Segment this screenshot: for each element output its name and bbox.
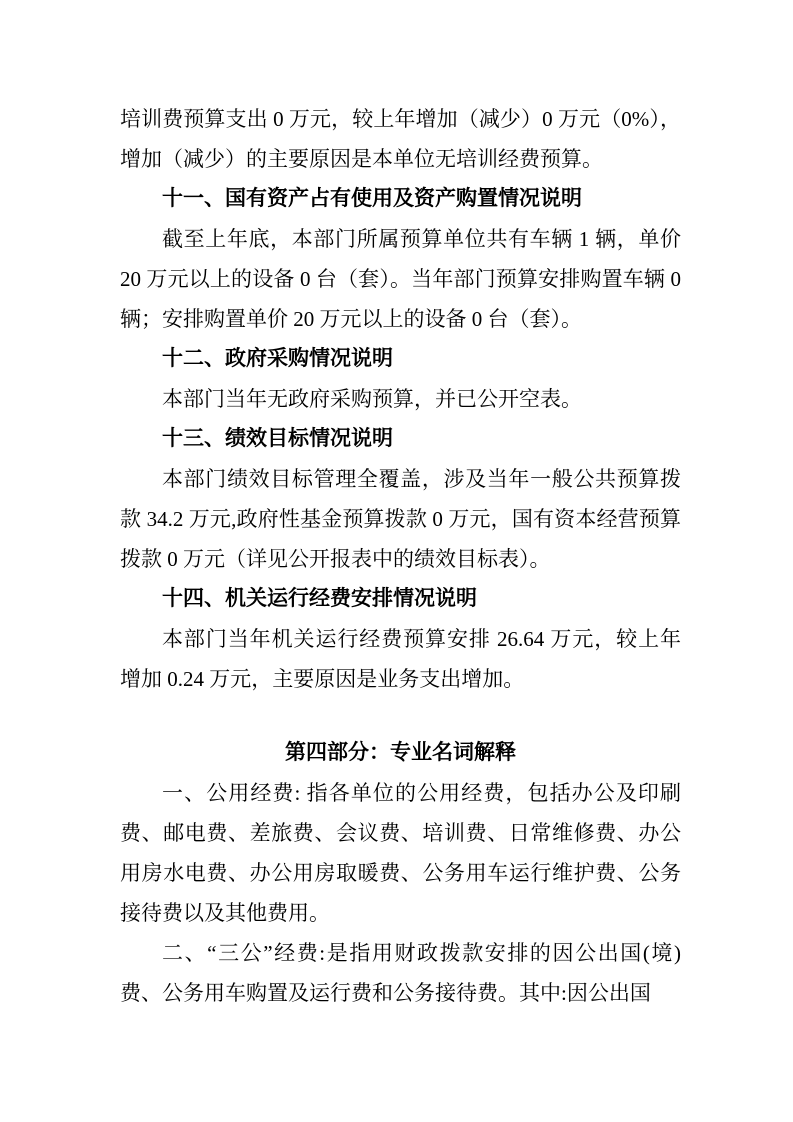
heading-13-performance-targets: 十三、绩效目标情况说明 (120, 419, 681, 459)
paragraph-government-procurement: 本部门当年无政府采购预算，并已公开空表。 (120, 379, 681, 419)
paragraph-term-public-funds: 一、公用经费: 指各单位的公用经费，包括办公及印刷费、邮电费、差旅费、会议费、培… (120, 773, 681, 933)
paragraph-operating-expenses: 本部门当年机关运行经费预算安排 26.64 万元，较上年增加 0.24 万元，主… (120, 619, 681, 699)
document-content: 培训费预算支出 0 万元，较上年增加（减少）0 万元（0%），增加（减少）的主要… (120, 99, 681, 1013)
document-page: 培训费预算支出 0 万元，较上年增加（减少）0 万元（0%），增加（减少）的主要… (0, 0, 793, 1122)
paragraph-performance-targets: 本部门绩效目标管理全覆盖，涉及当年一般公共预算拨款 34.2 万元,政府性基金预… (120, 459, 681, 579)
heading-12-government-procurement: 十二、政府采购情况说明 (120, 339, 681, 379)
paragraph-state-assets: 截至上年底，本部门所属预算单位共有车辆 1 辆，单价 20 万元以上的设备 0 … (120, 219, 681, 339)
paragraph-training-fee-continuation: 培训费预算支出 0 万元，较上年增加（减少）0 万元（0%），增加（减少）的主要… (120, 99, 681, 179)
heading-11-state-assets: 十一、国有资产占有使用及资产购置情况说明 (120, 179, 681, 219)
heading-14-operating-expenses: 十四、机关运行经费安排情况说明 (120, 579, 681, 619)
paragraph-term-three-public-expenses: 二、“三公”经费:是指用财政拨款安排的因公出国(境)费、公务用车购置及运行费和公… (120, 933, 681, 1013)
section-title-part4-glossary: 第四部分：专业名词解释 (120, 733, 681, 773)
